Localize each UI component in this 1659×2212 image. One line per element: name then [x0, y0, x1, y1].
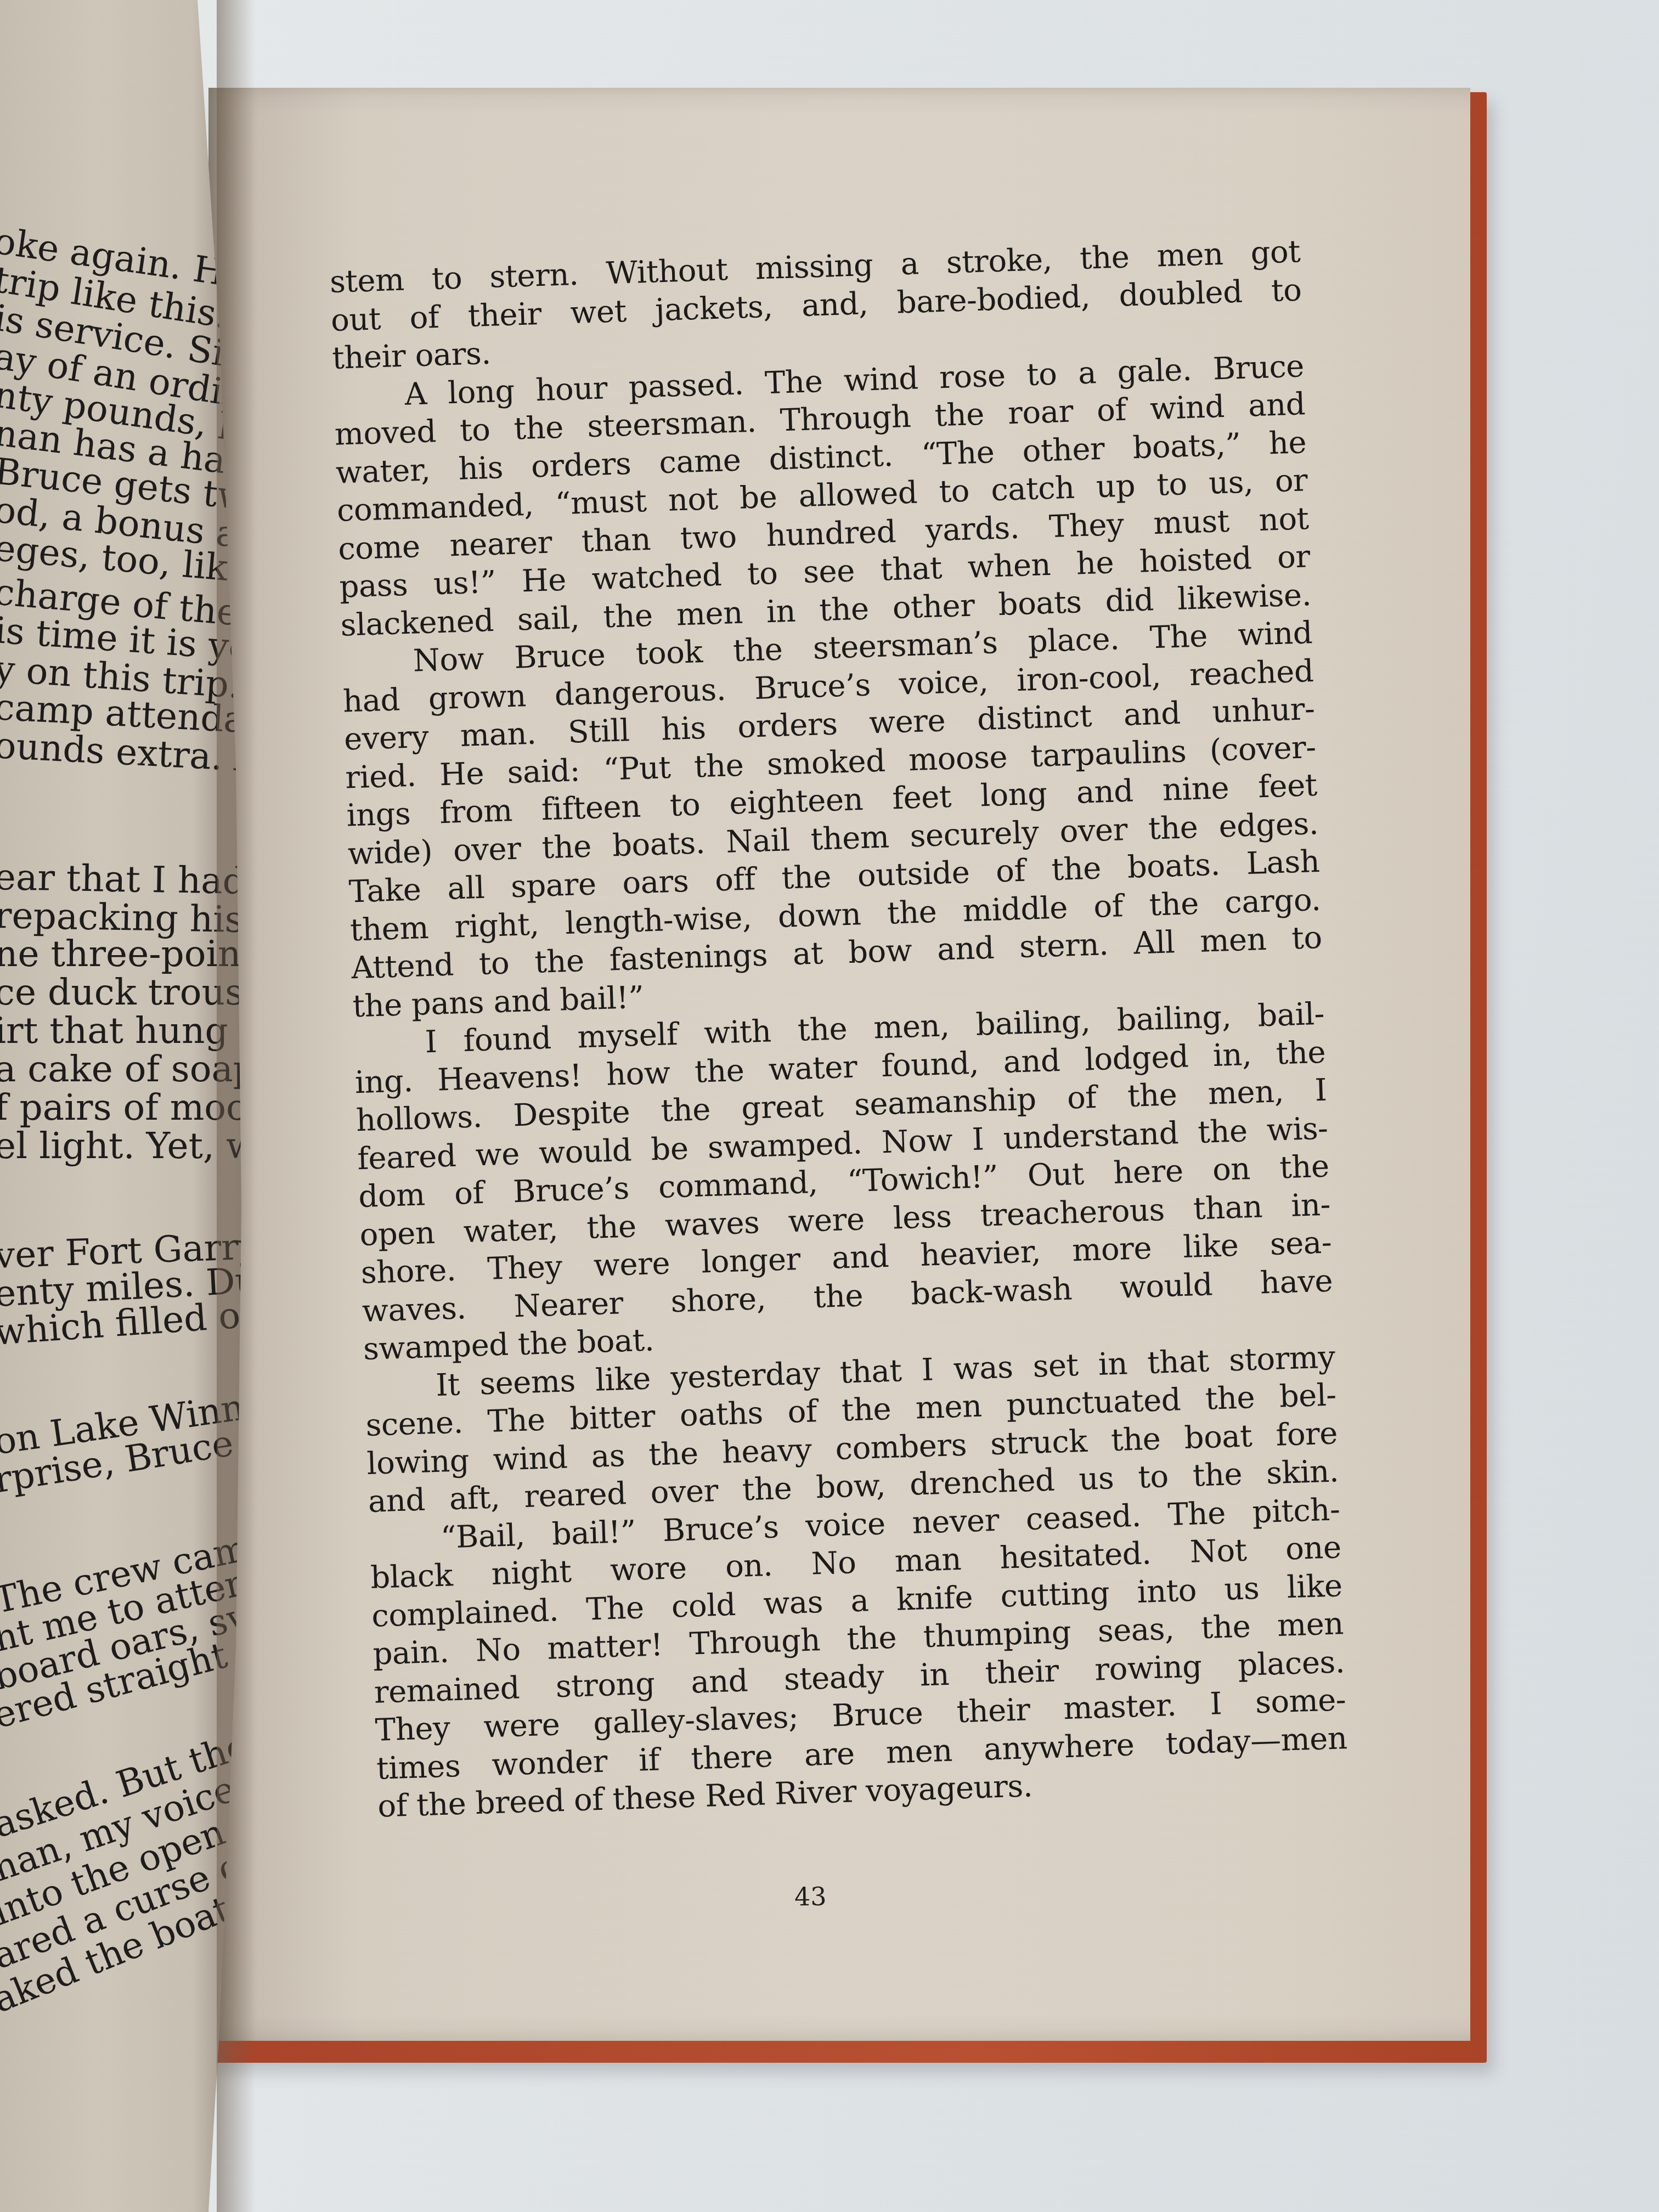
page-body-text: stem to stern. Without missing a stroke,… [329, 233, 1349, 1826]
gutter-shadow [217, 0, 255, 2212]
left-page: oke again. He sa trip like this. It is s… [0, 0, 241, 2212]
page-number: 43 [794, 1881, 827, 1911]
